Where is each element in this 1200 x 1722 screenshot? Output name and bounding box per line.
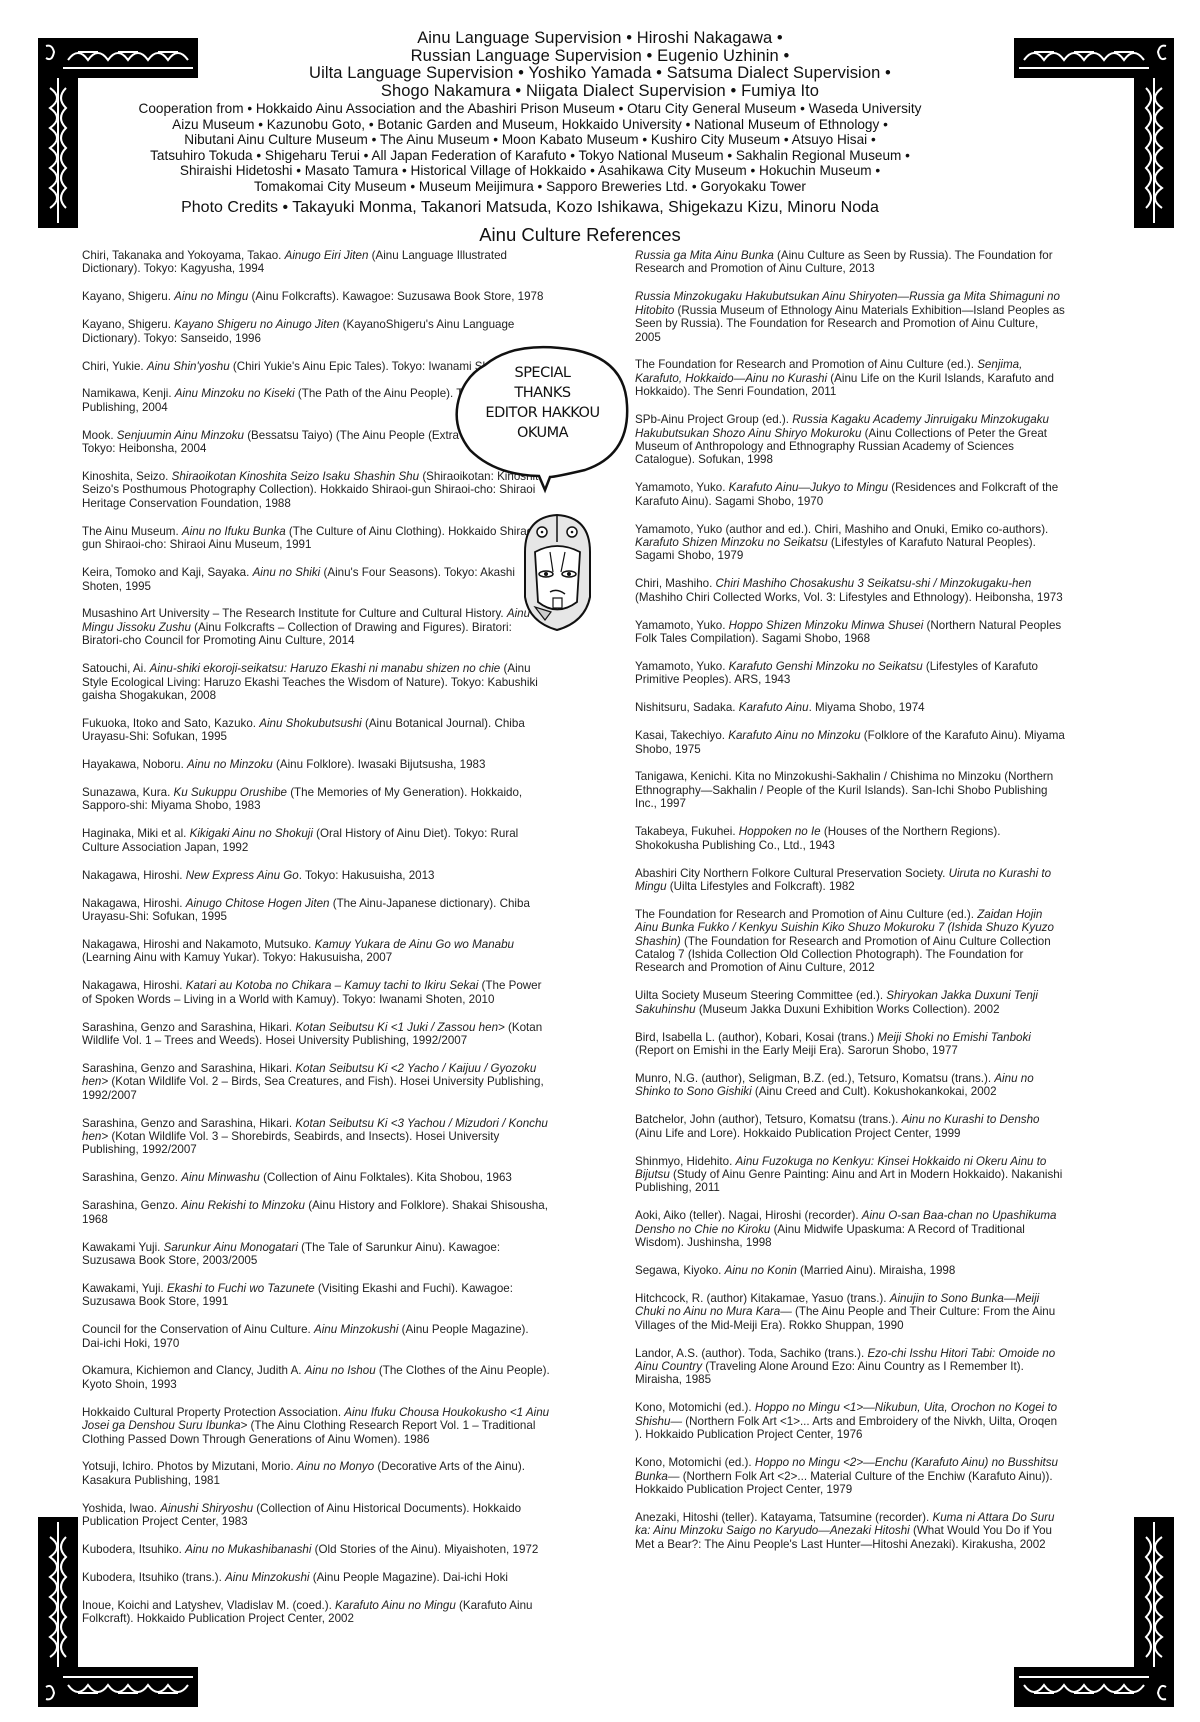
reference-entry: Nakagawa, Hiroshi. New Express Ainu Go. … bbox=[82, 869, 552, 882]
reference-entry: Sarashina, Genzo and Sarashina, Hikari. … bbox=[82, 1062, 552, 1102]
reference-details: (Collection of Ainu Folktales). Kita Sho… bbox=[260, 1171, 512, 1184]
reference-author: Fukuoka, Itoko and Sato, Kazuko. bbox=[82, 717, 259, 730]
reference-entry: Satouchi, Ai. Ainu-shiki ekoroji-seikats… bbox=[82, 662, 552, 702]
cooperation-line: Tatsuhiro Tokuda • Shigeharu Terui • All… bbox=[95, 148, 965, 164]
reference-author: Segawa, Kiyoko. bbox=[635, 1264, 725, 1277]
reference-author: Kayano, Shigeru. bbox=[82, 290, 174, 303]
reference-title: Katari au Kotoba no Chikara – Kamuy tach… bbox=[186, 979, 479, 992]
reference-title: Ainu no Mukashibanashi bbox=[185, 1543, 311, 1556]
reference-author: Hokkaido Cultural Property Protection As… bbox=[82, 1406, 344, 1419]
reference-author: Namikawa, Kenji. bbox=[82, 387, 175, 400]
reference-entry: Nishitsuru, Sadaka. Karafuto Ainu. Miyam… bbox=[635, 701, 1065, 714]
reference-entry: Fukuoka, Itoko and Sato, Kazuko. Ainu Sh… bbox=[82, 717, 552, 744]
supervision-line: Russian Language Supervision • Eugenio U… bbox=[200, 48, 1000, 66]
reference-title: Karafuto Ainu—Jukyo to Mingu bbox=[729, 481, 888, 494]
reference-title: Kikigaki Ainu no Shokuji bbox=[190, 827, 313, 840]
reference-entry: Chiri, Mashiho. Chiri Mashiho Chosakushu… bbox=[635, 577, 1065, 604]
reference-title: Shiraoikotan Kinoshita Seizo Isaku Shash… bbox=[172, 470, 420, 483]
reference-title: Ainu Minzokushi bbox=[225, 1571, 309, 1584]
reference-author: Sarashina, Genzo and Sarashina, Hikari. bbox=[82, 1021, 295, 1034]
reference-entry: Abashiri City Northern Folkore Cultural … bbox=[635, 867, 1065, 894]
reference-entry: Nakagawa, Hiroshi. Katari au Kotoba no C… bbox=[82, 979, 552, 1006]
reference-author: Inoue, Koichi and Latyshev, Vladislav M.… bbox=[82, 1599, 335, 1612]
cooperation-line: Nibutani Ainu Culture Museum • The Ainu … bbox=[95, 132, 965, 148]
reference-title: Ainu Shokubutsushi bbox=[259, 717, 361, 730]
special-thanks-speech-bubble: SPECIAL THANKS EDITOR HAKKOU OKUMA bbox=[455, 345, 630, 485]
reference-author: Anezaki, Hitoshi (teller). Katayama, Tat… bbox=[635, 1511, 932, 1524]
reference-details: (Northern Folk Art <2>... Material Cultu… bbox=[635, 1470, 1053, 1496]
reference-title: Kamuy Yukara de Ainu Go wo Manabu bbox=[315, 938, 514, 951]
reference-author: Chiri, Mashiho. bbox=[635, 577, 716, 590]
reference-entry: Yoshida, Iwao. Ainushi Shiryoshu (Collec… bbox=[82, 1502, 552, 1529]
cooperation-line: Cooperation from • Hokkaido Ainu Associa… bbox=[95, 101, 965, 117]
reference-details: (Learning Ainu with Kamuy Yukar). Tokyo:… bbox=[82, 951, 392, 964]
reference-entry: Tanigawa, Kenichi. Kita no Minzokushi-Sa… bbox=[635, 770, 1065, 810]
reference-entry: Uilta Society Museum Steering Committee … bbox=[635, 989, 1065, 1016]
reference-details: (Report on Emishi in the Early Meiji Era… bbox=[635, 1044, 958, 1057]
reference-entry: Yotsuji, Ichiro. Photos by Mizutani, Mor… bbox=[82, 1460, 552, 1487]
reference-author: Yoshida, Iwao. bbox=[82, 1502, 160, 1515]
reference-details: (Kotan Wildlife Vol. 3 – Shorebirds, Sea… bbox=[82, 1130, 499, 1156]
reference-entry: Yamamoto, Yuko. Karafuto Ainu—Jukyo to M… bbox=[635, 481, 1065, 508]
reference-author: Sarashina, Genzo and Sarashina, Hikari. bbox=[82, 1117, 295, 1130]
reference-author: Council for the Conservation of Ainu Cul… bbox=[82, 1323, 314, 1336]
reference-entry: Sarashina, Genzo. Ainu Minwashu (Collect… bbox=[82, 1171, 552, 1184]
reference-author: Keira, Tomoko and Kaji, Sayaka. bbox=[82, 566, 253, 579]
reference-entry: Yamamoto, Yuko (author and ed.). Chiri, … bbox=[635, 523, 1065, 563]
reference-entry: Kubodera, Itsuhiko (trans.). Ainu Minzok… bbox=[82, 1571, 552, 1584]
reference-entry: Musashino Art University – The Research … bbox=[82, 607, 552, 647]
reference-author: Kono, Motomichi (ed.). bbox=[635, 1456, 755, 1469]
reference-entry: Batchelor, John (author), Tetsuro, Komat… bbox=[635, 1113, 1065, 1140]
reference-title: Karafuto Ainu no Minzoku bbox=[728, 729, 860, 742]
bubble-line: EDITOR HAKKOU bbox=[455, 403, 630, 423]
reference-entry: Hayakawa, Noboru. Ainu no Minzoku (Ainu … bbox=[82, 758, 552, 771]
reference-entry: Kono, Motomichi (ed.). Hoppo no Mingu <2… bbox=[635, 1456, 1065, 1496]
reference-title: Ainu no Konin bbox=[725, 1264, 797, 1277]
reference-details: . Miyama Shobo, 1974 bbox=[809, 701, 925, 714]
reference-author: Sarashina, Genzo. bbox=[82, 1171, 181, 1184]
reference-entry: Hitchcock, R. (author) Kitakamae, Yasuo … bbox=[635, 1292, 1065, 1332]
reference-author: Yamamoto, Yuko. bbox=[635, 481, 729, 494]
reference-entry: Anezaki, Hitoshi (teller). Katayama, Tat… bbox=[635, 1511, 1065, 1551]
reference-title: Karafuto Genshi Minzoku no Seikatsu bbox=[729, 660, 923, 673]
reference-author: Tanigawa, Kenichi. Kita no Minzokushi-Sa… bbox=[635, 770, 1053, 810]
special-thanks-text: SPECIAL THANKS EDITOR HAKKOU OKUMA bbox=[455, 363, 630, 443]
reference-author: Abashiri City Northern Folkore Cultural … bbox=[635, 867, 949, 880]
reference-details: (Russia Museum of Ethnology Ainu Materia… bbox=[635, 304, 1065, 344]
reference-author: Uilta Society Museum Steering Committee … bbox=[635, 989, 886, 1002]
reference-details: (Museum Jakka Duxuni Exhibition Works Co… bbox=[696, 1003, 1000, 1016]
reference-author: Nakagawa, Hiroshi. bbox=[82, 869, 186, 882]
cooperation-credits: Cooperation from • Hokkaido Ainu Associa… bbox=[95, 101, 965, 194]
reference-title: Karafuto Shizen Minzoku no Seikatsu bbox=[635, 536, 828, 549]
reference-entry: Council for the Conservation of Ainu Cul… bbox=[82, 1323, 552, 1350]
reference-title: Ainugo Chitose Hogen Jiten bbox=[186, 897, 330, 910]
reference-title: Ainushi Shiryoshu bbox=[160, 1502, 253, 1515]
reference-author: Kasai, Takechiyo. bbox=[635, 729, 728, 742]
reference-entry: Nakagawa, Hiroshi. Ainugo Chitose Hogen … bbox=[82, 897, 552, 924]
reference-details: (Old Stories of the Ainu). Miyaishoten, … bbox=[311, 1543, 538, 1556]
supervision-line: Uilta Language Supervision • Yoshiko Yam… bbox=[200, 65, 1000, 83]
reference-details: (Mashiho Chiri Collected Works, Vol. 3: … bbox=[635, 591, 1063, 604]
reference-title: Ainu no Minzoku bbox=[187, 758, 273, 771]
reference-title: Ainu-shiki ekoroji-seikatsu: Haruzo Ekas… bbox=[150, 662, 501, 675]
reference-details: (Ainu Folklore). Iwasaki Bijutsusha, 198… bbox=[273, 758, 486, 771]
reference-entry: Kayano, Shigeru. Kayano Shigeru no Ainug… bbox=[82, 318, 552, 345]
reference-author: Musashino Art University – The Research … bbox=[82, 607, 507, 620]
mascot-character-illustration bbox=[515, 512, 600, 637]
reference-author: The Foundation for Research and Promotio… bbox=[635, 908, 977, 921]
reference-entry: Shinmyo, Hidehito. Ainu Fuzokuga no Kenk… bbox=[635, 1155, 1065, 1195]
reference-author: Haginaka, Miki et al. bbox=[82, 827, 190, 840]
reference-author: Hayakawa, Noboru. bbox=[82, 758, 187, 771]
reference-entry: Okamura, Kichiemon and Clancy, Judith A.… bbox=[82, 1364, 552, 1391]
reference-details: (Kotan Wildlife Vol. 2 – Birds, Sea Crea… bbox=[82, 1075, 544, 1101]
reference-entry: Kono, Motomichi (ed.). Hoppo no Mingu <1… bbox=[635, 1401, 1065, 1441]
reference-author: Hitchcock, R. (author) Kitakamae, Yasuo … bbox=[635, 1292, 890, 1305]
reference-author: Yotsuji, Ichiro. Photos by Mizutani, Mor… bbox=[82, 1460, 297, 1473]
supervision-line: Ainu Language Supervision • Hiroshi Naka… bbox=[200, 30, 1000, 48]
reference-entry: Aoki, Aiko (teller). Nagai, Hiroshi (rec… bbox=[635, 1209, 1065, 1249]
reference-details: . Tokyo: Hakusuisha, 2013 bbox=[299, 869, 435, 882]
reference-details: (Northern Folk Art <1>... Arts and Embro… bbox=[635, 1415, 1057, 1441]
reference-title: Meiji Shoki no Emishi Tanboki bbox=[877, 1031, 1031, 1044]
cooperation-line: Tomakomai City Museum • Museum Meijimura… bbox=[95, 179, 965, 195]
reference-author: Okamura, Kichiemon and Clancy, Judith A. bbox=[82, 1364, 305, 1377]
ornament-icon bbox=[1014, 38, 1174, 228]
reference-details: (Ainu People Magazine). Dai-ichi Hoki bbox=[309, 1571, 507, 1584]
reference-author: Kawakami, Yuji. bbox=[82, 1282, 167, 1295]
reference-author: Mook. bbox=[82, 429, 117, 442]
references-title: Ainu Culture References bbox=[300, 224, 860, 246]
reference-author: Kono, Motomichi (ed.). bbox=[635, 1401, 755, 1414]
photo-credits: Photo Credits • Takayuki Monma, Takanori… bbox=[95, 199, 965, 217]
supervision-credits: Ainu Language Supervision • Hiroshi Naka… bbox=[200, 30, 1000, 100]
reference-title: Karafuto Ainu bbox=[739, 701, 809, 714]
reference-entry: The Foundation for Research and Promotio… bbox=[635, 358, 1065, 398]
reference-title: Ainu no Mingu bbox=[174, 290, 248, 303]
reference-entry: Russia ga Mita Ainu Bunka (Ainu Culture … bbox=[635, 249, 1065, 276]
reference-author: Aoki, Aiko (teller). Nagai, Hiroshi (rec… bbox=[635, 1209, 862, 1222]
reference-author: Batchelor, John (author), Tetsuro, Komat… bbox=[635, 1113, 902, 1126]
reference-entry: Landor, A.S. (author). Toda, Sachiko (tr… bbox=[635, 1347, 1065, 1387]
reference-entry: Takabeya, Fukuhei. Hoppoken no Ie (House… bbox=[635, 825, 1065, 852]
reference-entry: Yamamoto, Yuko. Hoppo Shizen Minzoku Min… bbox=[635, 619, 1065, 646]
reference-entry: Haginaka, Miki et al. Kikigaki Ainu no S… bbox=[82, 827, 552, 854]
reference-title: Ainu no Ifuku Bunka bbox=[182, 525, 286, 538]
reference-author: Nakagawa, Hiroshi and Nakamoto, Mutsuko. bbox=[82, 938, 315, 951]
reference-title: Ainu Minzokushi bbox=[314, 1323, 398, 1336]
reference-entry: SPb-Ainu Project Group (ed.). Russia Kag… bbox=[635, 413, 1065, 467]
reference-author: Chiri, Yukie. bbox=[82, 360, 147, 373]
reference-entry: Bird, Isabella L. (author), Kobari, Kosa… bbox=[635, 1031, 1065, 1058]
reference-author: Kawakami Yuji. bbox=[82, 1241, 164, 1254]
reference-author: The Ainu Museum. bbox=[82, 525, 182, 538]
reference-author: Sarashina, Genzo and Sarashina, Hikari. bbox=[82, 1062, 295, 1075]
reference-entry: Sarashina, Genzo and Sarashina, Hikari. … bbox=[82, 1117, 552, 1157]
reference-entry: Kawakami Yuji. Sarunkur Ainu Monogatari … bbox=[82, 1241, 552, 1268]
reference-details: (Married Ainu). Miraisha, 1998 bbox=[797, 1264, 956, 1277]
ainu-ornament-corner-top-right bbox=[1014, 38, 1174, 228]
reference-author: Kayano, Shigeru. bbox=[82, 318, 174, 331]
reference-entry: Sarashina, Genzo. Ainu Rekishi to Minzok… bbox=[82, 1199, 552, 1226]
cooperation-line: Aizu Museum • Kazunobu Goto, • Botanic G… bbox=[95, 117, 965, 133]
reference-entry: Munro, N.G. (author), Seligman, B.Z. (ed… bbox=[635, 1072, 1065, 1099]
reference-title: Kotan Seibutsu Ki <1 Juki / Zassou hen> bbox=[295, 1021, 504, 1034]
reference-title: Ainu no Shiki bbox=[253, 566, 321, 579]
reference-title: Ainu no Ishou bbox=[305, 1364, 376, 1377]
reference-author: Bird, Isabella L. (author), Kobari, Kosa… bbox=[635, 1031, 877, 1044]
reference-title: Ku Sukuppu Orushibe bbox=[174, 786, 287, 799]
reference-author: Sarashina, Genzo. bbox=[82, 1199, 181, 1212]
reference-entry: The Foundation for Research and Promotio… bbox=[635, 908, 1065, 975]
reference-title: Ainu Rekishi to Minzoku bbox=[181, 1199, 305, 1212]
reference-title: Chiri Mashiho Chosakushu 3 Seikatsu-shi … bbox=[716, 577, 1032, 590]
reference-author: Yamamoto, Yuko. bbox=[635, 660, 729, 673]
bubble-line: SPECIAL bbox=[455, 363, 630, 383]
reference-author: Kubodera, Itsuhiko (trans.). bbox=[82, 1571, 225, 1584]
reference-title: Ainugo Eiri Jiten bbox=[285, 249, 369, 262]
reference-title: Ekashi to Fuchi wo Tazunete bbox=[167, 1282, 315, 1295]
reference-entry: Kawakami, Yuji. Ekashi to Fuchi wo Tazun… bbox=[82, 1282, 552, 1309]
reference-author: Shinmyo, Hidehito. bbox=[635, 1155, 736, 1168]
reference-title: Karafuto Ainu no Mingu bbox=[335, 1599, 456, 1612]
reference-title: Sarunkur Ainu Monogatari bbox=[164, 1241, 298, 1254]
reference-author: Nishitsuru, Sadaka. bbox=[635, 701, 739, 714]
reference-author: Satouchi, Ai. bbox=[82, 662, 150, 675]
cooperation-line: Shiraishi Hidetoshi • Masato Tamura • Hi… bbox=[95, 163, 965, 179]
reference-details: (Uilta Lifestyles and Folkcraft). 1982 bbox=[667, 880, 855, 893]
reference-author: Yamamoto, Yuko (author and ed.). Chiri, … bbox=[635, 523, 1048, 536]
reference-author: Nakagawa, Hiroshi. bbox=[82, 897, 186, 910]
reference-entry: Sunazawa, Kura. Ku Sukuppu Orushibe (The… bbox=[82, 786, 552, 813]
reference-title: Hoppo Shizen Minzoku Minwa Shusei bbox=[729, 619, 924, 632]
reference-author: Sunazawa, Kura. bbox=[82, 786, 174, 799]
reference-title: New Express Ainu Go bbox=[186, 869, 299, 882]
reference-author: Nakagawa, Hiroshi. bbox=[82, 979, 186, 992]
reference-entry: Kayano, Shigeru. Ainu no Mingu (Ainu Fol… bbox=[82, 290, 552, 303]
reference-entry: Russia Minzokugaku Hakubutsukan Ainu Shi… bbox=[635, 290, 1065, 344]
reference-author: Yamamoto, Yuko. bbox=[635, 619, 729, 632]
bubble-line: OKUMA bbox=[455, 423, 630, 443]
reference-entry: Segawa, Kiyoko. Ainu no Konin (Married A… bbox=[635, 1264, 1065, 1277]
character-face-icon bbox=[515, 512, 600, 637]
reference-title: Hoppoken no Ie bbox=[739, 825, 821, 838]
reference-title: Ainu no Kurashi to Densho bbox=[902, 1113, 1040, 1126]
reference-entry: Keira, Tomoko and Kaji, Sayaka. Ainu no … bbox=[82, 566, 552, 593]
reference-title: Senjuumin Ainu Minzoku bbox=[117, 429, 244, 442]
reference-entry: The Ainu Museum. Ainu no Ifuku Bunka (Th… bbox=[82, 525, 552, 552]
reference-author: Kinoshita, Seizo. bbox=[82, 470, 172, 483]
reference-title: Ainu Minzoku no Kiseki bbox=[175, 387, 295, 400]
reference-author: Landor, A.S. (author). Toda, Sachiko (tr… bbox=[635, 1347, 867, 1360]
references-right-column: Russia ga Mita Ainu Bunka (Ainu Culture … bbox=[635, 249, 1065, 1566]
reference-entry: Chiri, Takanaka and Yokoyama, Takao. Ain… bbox=[82, 249, 552, 276]
bubble-line: THANKS bbox=[455, 383, 630, 403]
reference-author: Munro, N.G. (author), Seligman, B.Z. (ed… bbox=[635, 1072, 994, 1085]
reference-title: Kayano Shigeru no Ainugo Jiten bbox=[174, 318, 339, 331]
reference-title: Ainu Shin'yoshu bbox=[147, 360, 230, 373]
reference-author: Chiri, Takanaka and Yokoyama, Takao. bbox=[82, 249, 285, 262]
reference-entry: Nakagawa, Hiroshi and Nakamoto, Mutsuko.… bbox=[82, 938, 552, 965]
reference-entry: Sarashina, Genzo and Sarashina, Hikari. … bbox=[82, 1021, 552, 1048]
reference-title: Ainu no Monyo bbox=[297, 1460, 374, 1473]
reference-title: Ainu Minwashu bbox=[181, 1171, 260, 1184]
reference-entry: Inoue, Koichi and Latyshev, Vladislav M.… bbox=[82, 1599, 552, 1626]
reference-author: Takabeya, Fukuhei. bbox=[635, 825, 739, 838]
reference-details: (Ainu Folkcrafts). Kawagoe: Suzusawa Boo… bbox=[248, 290, 543, 303]
reference-entry: Hokkaido Cultural Property Protection As… bbox=[82, 1406, 552, 1446]
reference-details: (The Foundation for Research and Promoti… bbox=[635, 935, 1051, 975]
reference-title: Russia ga Mita Ainu Bunka bbox=[635, 249, 774, 262]
reference-details: (Ainu Creed and Cult). Kokushokankokai, … bbox=[752, 1085, 997, 1098]
reference-author: SPb-Ainu Project Group (ed.). bbox=[635, 413, 792, 426]
reference-entry: Kasai, Takechiyo. Karafuto Ainu no Minzo… bbox=[635, 729, 1065, 756]
reference-author: Kubodera, Itsuhiko. bbox=[82, 1543, 185, 1556]
supervision-line: Shogo Nakamura • Niigata Dialect Supervi… bbox=[200, 83, 1000, 101]
reference-entry: Kubodera, Itsuhiko. Ainu no Mukashibanas… bbox=[82, 1543, 552, 1556]
reference-entry: Yamamoto, Yuko. Karafuto Genshi Minzoku … bbox=[635, 660, 1065, 687]
reference-details: (Ainu Life and Lore). Hokkaido Publicati… bbox=[635, 1127, 960, 1140]
reference-details: (Study of Ainu Genre Painting: Ainu and … bbox=[635, 1168, 1062, 1194]
reference-author: The Foundation for Research and Promotio… bbox=[635, 358, 977, 371]
